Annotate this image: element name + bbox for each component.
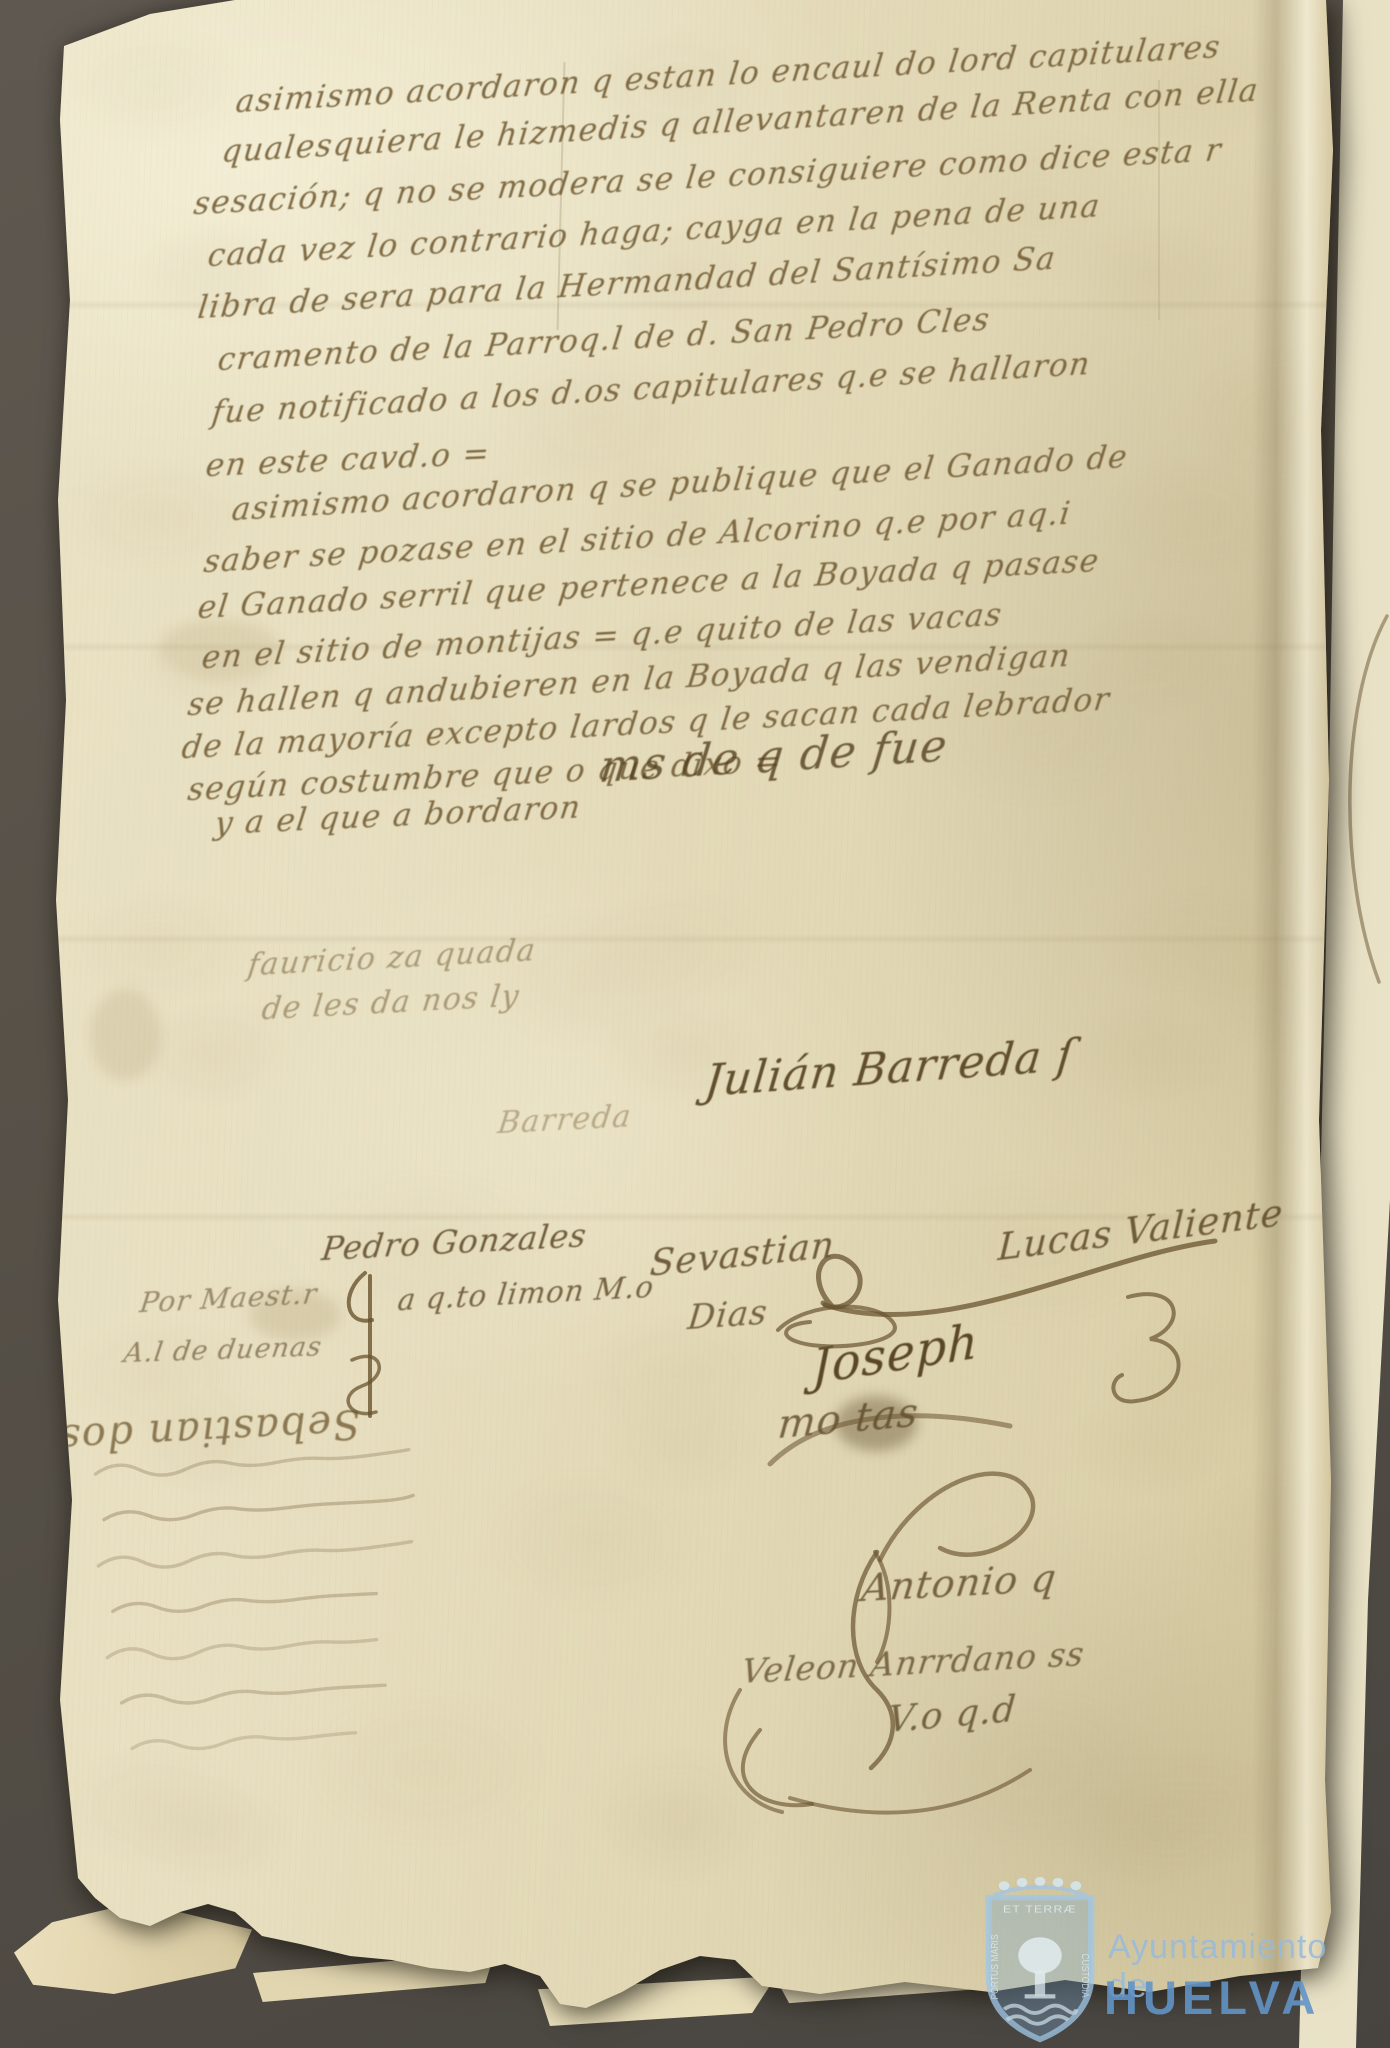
signature-margin-official-2: A.l de duenas — [122, 1331, 324, 1369]
signature-joseph: Joseph — [812, 1313, 980, 1396]
manuscript-line: fauricio za quada — [246, 933, 538, 983]
signature-venof: V.o q.d — [886, 1689, 1018, 1742]
signature-veleon: Veleon Anrrdano ss — [740, 1634, 1087, 1691]
signature-pedro: Pedro Gonzales — [320, 1216, 590, 1268]
paper-shadow-wrap: asimismo acordaron q estan lo encaul do … — [0, 0, 1390, 2048]
scanned-manuscript-page: asimismo acordaron q estan lo encaul do … — [0, 0, 1390, 2048]
manuscript-line: en este cavd.o = — [204, 435, 493, 484]
manuscript-line: Sebastian dos q es — [0, 1400, 361, 1467]
manuscript-paper: asimismo acordaron q estan lo encaul do … — [0, 0, 1390, 2048]
crease-line — [1158, 80, 1160, 320]
signature-julian: Julián Barreda ſ — [702, 1030, 1077, 1107]
ghost-bleedthrough-lines — [87, 1434, 534, 1786]
paper-stain — [90, 990, 160, 1080]
signature-margin-official-1: Por Maest.r — [138, 1277, 320, 1320]
laid-line — [0, 934, 1340, 944]
signature-rubric-pedro — [330, 1268, 400, 1423]
signature-limon: a q.to limon M.o — [396, 1269, 656, 1317]
manuscript-line: de les da nos ly — [260, 978, 522, 1027]
signature-lucas: Lucas Valiente — [997, 1191, 1285, 1270]
signature-sevastian: Sevastian — [649, 1224, 837, 1285]
right-edge-curl-highlight — [1252, 0, 1332, 2048]
signature-joseph-tail: mo tas — [776, 1389, 921, 1448]
manuscript-line: Barreda — [496, 1099, 634, 1141]
signature-antonio: Antonio q — [859, 1556, 1059, 1611]
signature-dias: Dias — [686, 1292, 770, 1338]
signature-flourish-lucas-tail — [1100, 1283, 1210, 1413]
